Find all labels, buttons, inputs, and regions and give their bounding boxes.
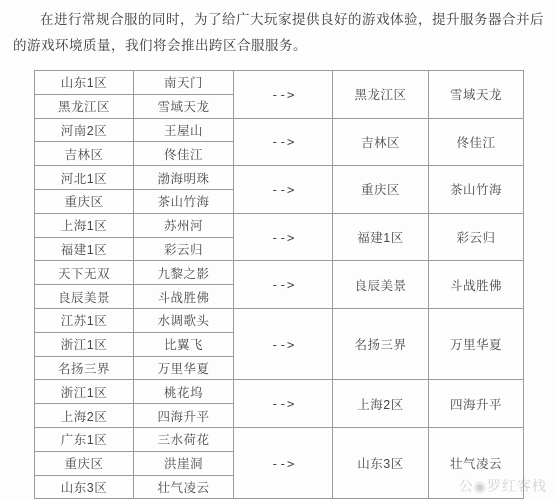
- source-server-cell: 壮气凌云: [134, 475, 234, 499]
- source-server-cell: 茶山竹海: [134, 189, 234, 213]
- source-server-cell: 雪域天龙: [134, 94, 234, 118]
- source-region-cell: 江苏1区: [35, 308, 134, 332]
- target-region-cell: 重庆区: [333, 166, 429, 214]
- target-region-cell: 名扬三界: [333, 308, 429, 379]
- merge-arrow-icon: -->: [234, 166, 333, 214]
- source-server-cell: 南天门: [134, 71, 234, 95]
- source-region-cell: 浙江1区: [35, 332, 134, 356]
- source-region-cell: 吉林区: [35, 142, 134, 166]
- target-region-cell: 黑龙江区: [333, 71, 429, 119]
- source-region-cell: 良辰美景: [35, 285, 134, 309]
- table-row: 上海1区苏州河-->福建1区彩云归: [35, 213, 524, 237]
- source-region-cell: 重庆区: [35, 189, 134, 213]
- source-region-cell: 黑龙江区: [35, 94, 134, 118]
- source-server-cell: 彩云归: [134, 237, 234, 261]
- merge-arrow-icon: -->: [234, 308, 333, 379]
- source-server-cell: 王屋山: [134, 118, 234, 142]
- target-region-cell: 吉林区: [333, 118, 429, 166]
- target-region-cell: 福建1区: [333, 213, 429, 261]
- table-row: 山东1区南天门-->黑龙江区雪域天龙: [35, 71, 524, 95]
- source-server-cell: 斗战胜佛: [134, 285, 234, 309]
- intro-paragraph: 在进行常规合服的同时，为了给广大玩家提供良好的游戏体验，提升服务器合并后的游戏环…: [13, 7, 545, 59]
- source-region-cell: 浙江1区: [35, 380, 134, 404]
- source-server-cell: 三水荷花: [134, 427, 234, 451]
- table-row: 广东1区三水荷花-->山东3区壮气凌云: [35, 427, 524, 451]
- source-server-cell: 四海升平: [134, 404, 234, 428]
- source-region-cell: 上海2区: [35, 404, 134, 428]
- target-server-cell: 四海升平: [429, 380, 524, 428]
- source-server-cell: 苏州河: [134, 213, 234, 237]
- source-region-cell: 山东3区: [35, 475, 134, 499]
- source-region-cell: 上海1区: [35, 213, 134, 237]
- merge-arrow-icon: -->: [234, 118, 333, 166]
- source-server-cell: 比翼飞: [134, 332, 234, 356]
- target-region-cell: 良辰美景: [333, 261, 429, 309]
- source-region-cell: 名扬三界: [35, 356, 134, 380]
- source-server-cell: 九黎之影: [134, 261, 234, 285]
- target-server-cell: 万里华夏: [429, 308, 524, 379]
- source-region-cell: 福建1区: [35, 237, 134, 261]
- table-row: 河南2区王屋山-->吉林区佟佳江: [35, 118, 524, 142]
- merge-arrow-icon: -->: [234, 427, 333, 498]
- merge-arrow-icon: -->: [234, 71, 333, 119]
- source-region-cell: 天下无双: [35, 261, 134, 285]
- target-region-cell: 上海2区: [333, 380, 429, 428]
- source-server-cell: 洪崖洞: [134, 451, 234, 475]
- source-region-cell: 河南2区: [35, 118, 134, 142]
- target-region-cell: 山东3区: [333, 427, 429, 498]
- table-row: 浙江1区桃花坞-->上海2区四海升平: [35, 380, 524, 404]
- table-row: 天下无双九黎之影-->良辰美景斗战胜佛: [35, 261, 524, 285]
- merge-arrow-icon: -->: [234, 213, 333, 261]
- source-server-cell: 万里华夏: [134, 356, 234, 380]
- source-region-cell: 山东1区: [35, 71, 134, 95]
- target-server-cell: 雪域天龙: [429, 71, 524, 119]
- table-row: 江苏1区水调歌头-->名扬三界万里华夏: [35, 308, 524, 332]
- target-server-cell: 茶山竹海: [429, 166, 524, 214]
- source-region-cell: 河北1区: [35, 166, 134, 190]
- source-server-cell: 渤海明珠: [134, 166, 234, 190]
- source-region-cell: 重庆区: [35, 451, 134, 475]
- target-server-cell: 斗战胜佛: [429, 261, 524, 309]
- table-row: 河北1区渤海明珠-->重庆区茶山竹海: [35, 166, 524, 190]
- source-region-cell: 广东1区: [35, 427, 134, 451]
- server-merge-table: 山东1区南天门-->黑龙江区雪域天龙黑龙江区雪域天龙河南2区王屋山-->吉林区佟…: [34, 70, 524, 499]
- source-server-cell: 佟佳江: [134, 142, 234, 166]
- target-server-cell: 佟佳江: [429, 118, 524, 166]
- merge-arrow-icon: -->: [234, 380, 333, 428]
- target-server-cell: 壮气凌云: [429, 427, 524, 498]
- target-server-cell: 彩云归: [429, 213, 524, 261]
- merge-arrow-icon: -->: [234, 261, 333, 309]
- source-server-cell: 桃花坞: [134, 380, 234, 404]
- source-server-cell: 水调歌头: [134, 308, 234, 332]
